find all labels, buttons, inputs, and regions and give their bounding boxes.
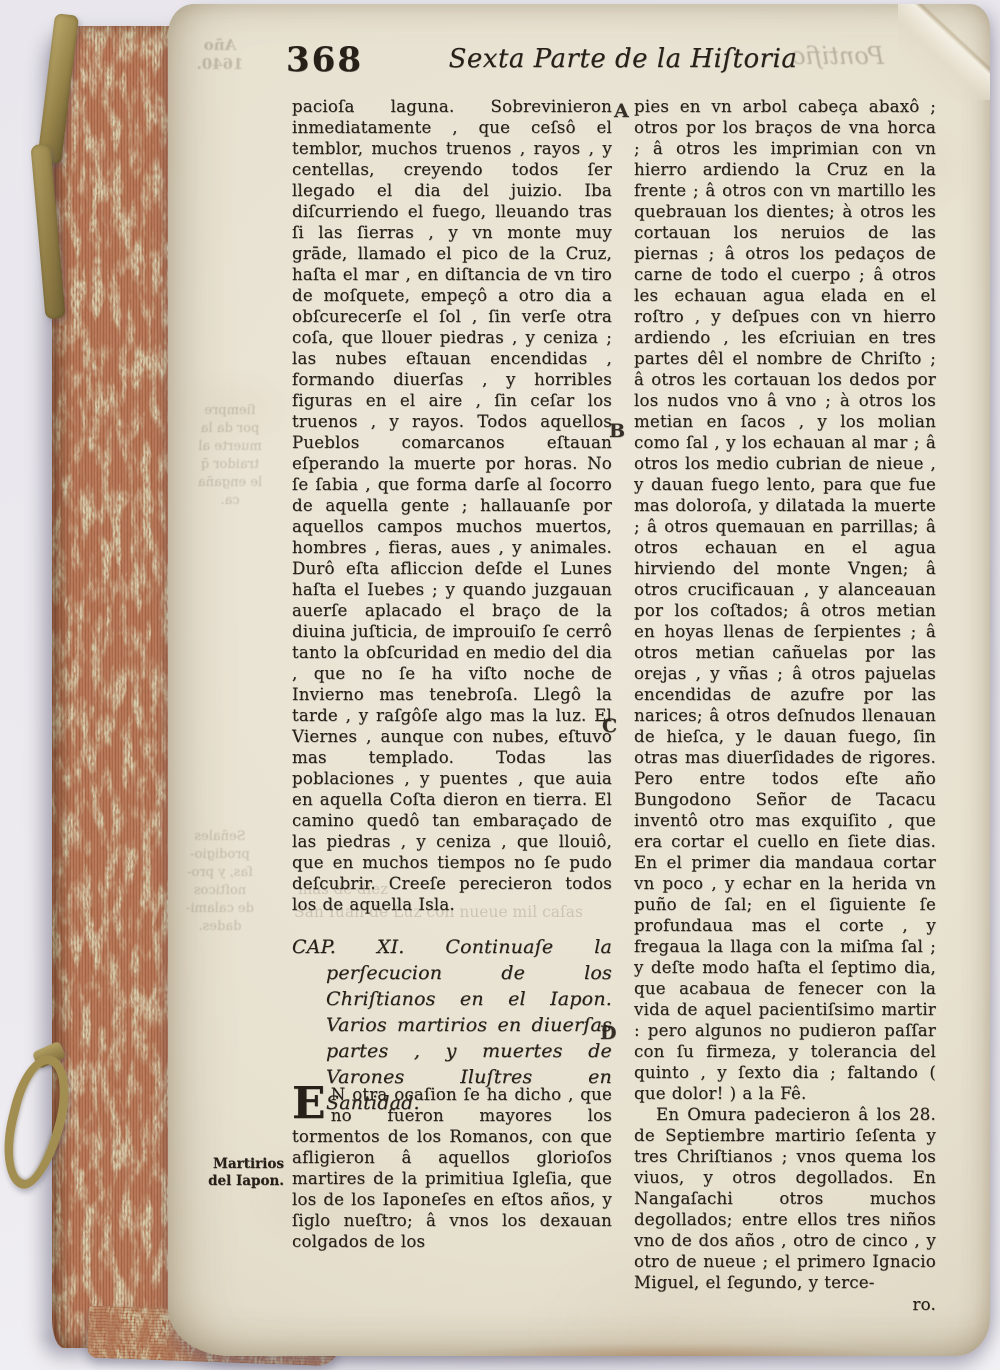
left-text-column: pacioſa laguna. Sobrevinieron inmediatam… <box>292 96 612 1352</box>
showthrough-note1-line: traidor q̃ <box>188 456 272 474</box>
left-column-paragraph-2-text: N otra ocaſion ſe ha dicho , que no fuer… <box>292 1085 612 1251</box>
showthrough-margin-note-2: Señales prodigio- ſas, y pro- noſticos d… <box>178 828 262 936</box>
binding-tie-top <box>34 14 80 324</box>
running-title: Sexta Parte de la Hiſtoria <box>408 44 838 74</box>
showthrough-note2-line: de calami- <box>178 900 262 918</box>
left-column-paragraph: pacioſa laguna. Sobrevinieron inmediatam… <box>292 96 612 915</box>
showthrough-note2-line: ſas, y pro- <box>178 864 262 882</box>
showthrough-note1-line: ſiempre <box>188 402 272 420</box>
showthrough-note2-line: dades. <box>178 918 262 936</box>
showthrough-year-line1: Año <box>192 36 248 55</box>
right-column-paragraph: pies en vn arbol cabeça abaxô ; otros po… <box>634 96 936 1104</box>
margin-note-martirios: Martirios del Iapon. <box>196 1156 284 1190</box>
right-column-paragraph-2: En Omura padecieron â los 28. de Septiem… <box>634 1104 936 1293</box>
binding-tie-top-strap-lower <box>30 143 65 319</box>
printed-content: Año 1640. Pontific ſiempre por da la mue… <box>168 4 990 1356</box>
dropcap-initial: E <box>292 1084 331 1122</box>
page-number: 368 <box>286 40 363 80</box>
showthrough-note2-line: prodigio- <box>178 846 262 864</box>
binding-tie-bottom <box>0 1044 60 1204</box>
margin-note-line2: del Iapon. <box>196 1173 284 1190</box>
antique-book-photo: Año 1640. Pontific ſiempre por da la mue… <box>0 0 1000 1370</box>
showthrough-year-note: Año 1640. <box>192 36 248 74</box>
margin-note-line1: Martirios <box>196 1156 284 1173</box>
showthrough-note1-line: le engaña <box>188 474 272 492</box>
showthrough-year-line2: 1640. <box>192 55 248 74</box>
showthrough-note1-line: ca. <box>188 492 272 510</box>
left-column-last-paragraph: EN otra ocaſion ſe ha dicho , que no fue… <box>292 1084 612 1252</box>
showthrough-margin-note-1: ſiempre por da la muerte al traidor q̃ l… <box>188 402 272 510</box>
right-text-column: pies en vn arbol cabeça abaxô ; otros po… <box>634 96 936 1352</box>
showthrough-note2-line: Señales <box>178 828 262 846</box>
section-letter-a: A <box>614 100 629 122</box>
showthrough-note1-line: muerte al <box>188 438 272 456</box>
catchword: ro. <box>634 1294 936 1315</box>
showthrough-note1-line: por da la <box>188 420 272 438</box>
book-page: Año 1640. Pontific ſiempre por da la mue… <box>168 4 990 1356</box>
showthrough-note2-line: noſticos <box>178 882 262 900</box>
binding-tie-top-strap <box>37 13 79 165</box>
